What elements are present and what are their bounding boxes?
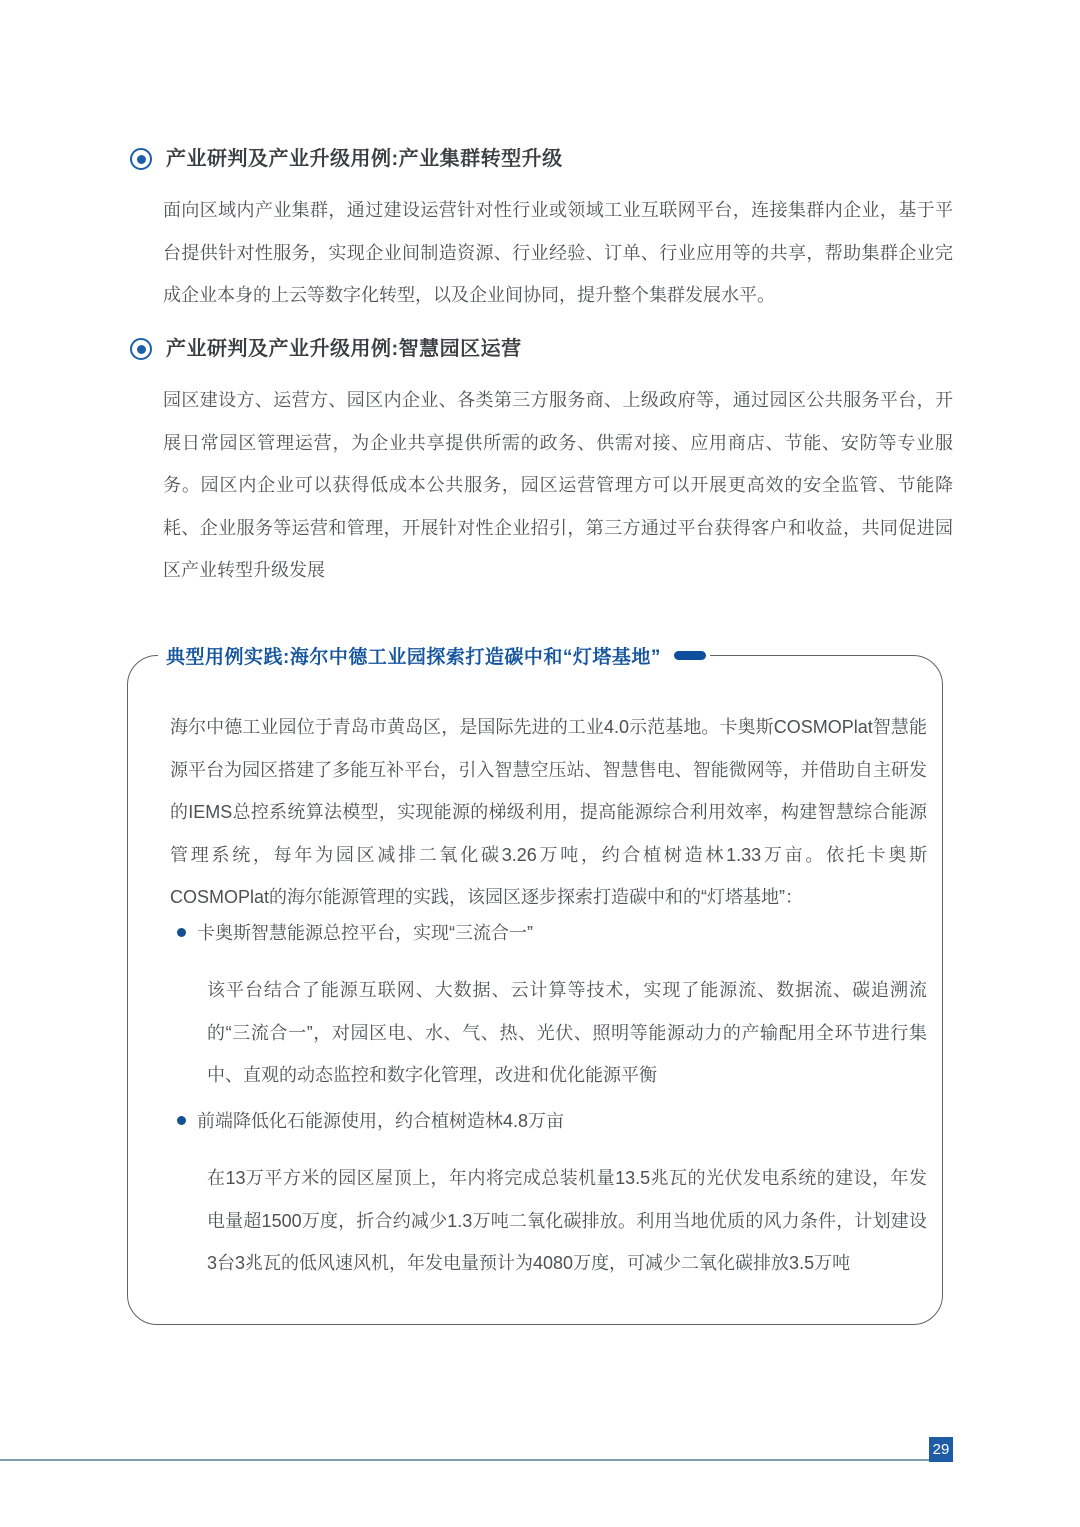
case-bullet-label: 前端降低化石能源使用，约合植树造林4.8万亩 bbox=[197, 1107, 564, 1133]
page-number-badge: 29 bbox=[929, 1437, 953, 1462]
radio-bullet-icon bbox=[130, 338, 152, 360]
case-bullet-detail: 在13万平方米的园区屋顶上，年内将完成总装机量13.5兆瓦的光伏发电系统的建设，… bbox=[207, 1157, 927, 1285]
case-study-intro: 海尔中德工业园位于青岛市黄岛区，是国际先进的工业4.0示范基地。卡奥斯COSMO… bbox=[170, 706, 927, 919]
document-page: { "sections": [ { "heading": "产业研判及产业升级用… bbox=[0, 0, 1080, 1527]
section-header-smart-park: 产业研判及产业升级用例:智慧园区运营 bbox=[130, 337, 522, 361]
bullet-dot-icon bbox=[177, 928, 186, 937]
case-study-title: 典型用例实践:海尔中德工业园探索打造碳中和“灯塔基地” bbox=[158, 641, 710, 669]
section-heading: 产业研判及产业升级用例:产业集群转型升级 bbox=[166, 147, 563, 171]
case-bullet-item: 前端降低化石能源使用，约合植树造林4.8万亩 bbox=[177, 1109, 564, 1131]
radio-bullet-icon bbox=[130, 148, 152, 170]
radio-bullet-dot-icon bbox=[137, 345, 146, 354]
case-bullet-detail: 该平台结合了能源互联网、大数据、云计算等技术，实现了能源流、数据流、碳追溯流的“… bbox=[207, 969, 927, 1097]
case-bullet-label: 卡奥斯智慧能源总控平台，实现“三流合一” bbox=[197, 919, 533, 945]
section-header-cluster-upgrade: 产业研判及产业升级用例:产业集群转型升级 bbox=[130, 147, 563, 171]
section-heading: 产业研判及产业升级用例:智慧园区运营 bbox=[166, 337, 522, 361]
title-dash-icon bbox=[674, 651, 706, 660]
section-body-paragraph: 面向区域内产业集群，通过建设运营针对性行业或领域工业互联网平台，连接集群内企业，… bbox=[163, 189, 953, 317]
case-bullet-item: 卡奥斯智慧能源总控平台，实现“三流合一” bbox=[177, 921, 533, 943]
bullet-dot-icon bbox=[177, 1116, 186, 1125]
section-body-paragraph: 园区建设方、运营方、园区内企业、各类第三方服务商、上级政府等，通过园区公共服务平… bbox=[163, 379, 953, 592]
radio-bullet-dot-icon bbox=[137, 155, 146, 164]
case-study-title-text: 典型用例实践:海尔中德工业园探索打造碳中和“灯塔基地” bbox=[166, 642, 661, 669]
footer-rule bbox=[0, 1459, 930, 1461]
